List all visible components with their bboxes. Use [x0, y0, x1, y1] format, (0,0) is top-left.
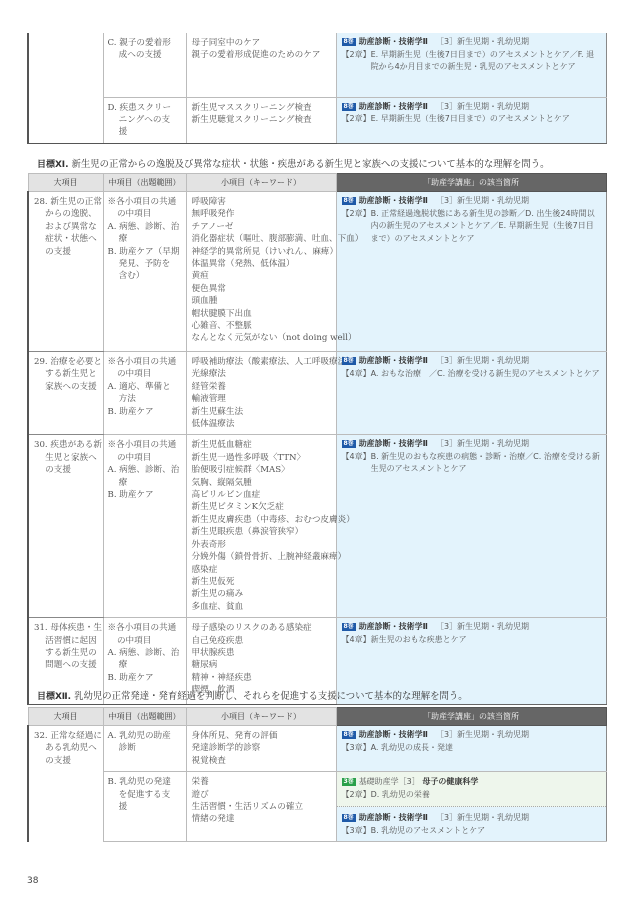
keyword: 糖尿病 [192, 659, 332, 671]
header-ref: 「助産学講座」の該当箇所 [336, 174, 606, 192]
reference-cell: 8巻助産診断・技術学Ⅱ［3］新生児期・乳幼児期 【2章】B. 正常経過逸脱状態に… [336, 192, 606, 352]
keyword: 輸液管理 [192, 393, 332, 405]
keyword: 遊び [192, 789, 332, 801]
keyword: 新生児ビタミンK欠乏症 [192, 501, 332, 513]
keyword: 身体所見、発育の評価 [192, 730, 332, 742]
mid-line: B. 乳幼児の発達 [108, 776, 182, 788]
header-ref: 「助産学講座」の該当箇所 [336, 708, 606, 726]
mid-item-cell: B. 乳幼児の発達 を促進する支 援 [103, 772, 186, 842]
volume-badge: 8巻 [342, 731, 356, 739]
book-title: 助産診断・技術学Ⅱ [359, 37, 428, 46]
chapter-sections: E. 早期新生児（生後7日目まで）のアセスメントとケア [371, 113, 601, 126]
mid-item-cell: C. 親子の愛着形 成への支援 [103, 33, 186, 97]
table-row: C. 親子の愛着形 成への支援 母子同室中のケア 親子の愛着形成促進のためのケア… [28, 33, 606, 97]
big-item-cell: 28. 新生児の正常 からの逸脱、 および異常な 症状・状態へ の支援 [28, 192, 103, 352]
reference: 8巻助産診断・技術学Ⅱ［3］新生児期・乳幼児期 【3章】A. 乳幼児の成長・発達 [342, 729, 601, 754]
chapter-sections: D. 乳幼児の栄養 [371, 789, 601, 802]
mid-line: の中項目 [108, 208, 182, 220]
header-mid: 中項目（出題範囲） [103, 708, 186, 726]
keyword: 光線療法 [192, 368, 332, 380]
mid-item-cell: D. 疾患スクリー ニングへの支 援 [103, 97, 186, 143]
keyword: 多血症、貧血 [192, 601, 332, 613]
book-part: ［3］新生児期・乳幼児期 [436, 439, 529, 448]
goal-heading: 目標Ⅺ. 新生児の正常からの逸脱及び異常な症状・状態・疾患がある新生児と家族への… [37, 156, 549, 170]
mid-line: の中項目 [108, 452, 182, 464]
goal-text: 新生児の正常からの逸脱及び異常な症状・状態・疾患がある新生児と家族への支援につい… [72, 159, 550, 170]
mid-line: 援 [108, 801, 182, 813]
keyword: 感染症 [192, 564, 332, 576]
chapter-sections: B. 新生児のおもな疾患の病態・診断・治療／C. 治療を受ける新生児のアセスメン… [371, 451, 601, 476]
keyword: 新生児皮膚疾患（中毒疹、おむつ皮膚炎） [192, 514, 332, 526]
small-item-cell: 新生児マススクリーニング検査 新生児聴覚スクリーニング検査 [186, 97, 336, 143]
page-number: 38 [27, 876, 38, 886]
mid-line: ※各小項目の共通 [108, 439, 182, 451]
keyword: 発達診断学的診察 [192, 742, 332, 754]
header-small: 小項目（キーワード） [186, 708, 336, 726]
big-line: の支援 [34, 246, 99, 258]
keyword: 高ビリルビン血症 [192, 489, 332, 501]
keyword: 新生児一過性多呼吸〈TTN〉 [192, 452, 332, 464]
mid-line: A. 病態、診断、治 [108, 647, 182, 659]
volume-badge: 3巻 [342, 778, 356, 786]
big-line: 29. 治療を必要と [34, 356, 99, 368]
small-item-cell: 栄養 遊び 生活習慣・生活リズムの確立 情緒の発達 [186, 772, 336, 842]
chapter-label: 【4章】 [342, 368, 371, 381]
volume-badge: 8巻 [342, 103, 356, 111]
reference-cell: 8巻助産診断・技術学Ⅱ［3］新生児期・乳幼児期 【4章】A. おもな治療 ／C.… [336, 352, 606, 435]
keyword: 情緒の発達 [192, 813, 332, 825]
keyword: 新生児聴覚スクリーニング検査 [192, 114, 332, 126]
table-row: D. 疾患スクリー ニングへの支 援 新生児マススクリーニング検査 新生児聴覚ス… [28, 97, 606, 143]
big-line: 家族への支援 [34, 381, 99, 393]
small-item-cell: 母子同室中のケア 親子の愛着形成促進のためのケア [186, 33, 336, 97]
mid-line: を促進する支 [108, 789, 182, 801]
keyword: 新生児の痛み [192, 588, 332, 600]
volume-badge: 8巻 [342, 38, 356, 46]
table-row: 32. 正常な経過に ある乳幼児へ の支援 A. 乳幼児の助産 診断 身体所見、… [28, 726, 606, 772]
big-item-cell: 30. 疾患がある新 生児と家族へ の支援 [28, 435, 103, 618]
reference-cell: 8巻助産診断・技術学Ⅱ［3］新生児期・乳幼児期 【4章】B. 新生児のおもな疾患… [336, 435, 606, 618]
keyword: 新生児低血糖症 [192, 439, 332, 451]
keyword: 胎便吸引症候群〈MAS〉 [192, 464, 332, 476]
keyword: チアノーゼ [192, 221, 332, 233]
big-line: 31. 母体疾患・生 [34, 622, 99, 634]
table-header: 大項目 中項目（出題範囲） 小項目（キーワード） 「助産学講座」の該当箇所 [28, 174, 606, 192]
reference-vol3: 3巻基礎助産学［3］ 母子の健康科学 【2章】D. 乳幼児の栄養 [337, 772, 606, 807]
keyword: 頭血腫 [192, 295, 332, 307]
keyword: 新生児仮死 [192, 576, 332, 588]
chapter-sections: A. 乳幼児の成長・発達 [371, 742, 601, 755]
book-title: 助産診断・技術学Ⅱ [359, 356, 428, 365]
chapter-label: 【2章】 [342, 208, 371, 246]
big-line: ある乳幼児へ [34, 742, 99, 754]
chapter-label: 【3章】 [342, 825, 371, 838]
table-header: 大項目 中項目（出題範囲） 小項目（キーワード） 「助産学講座」の該当箇所 [28, 708, 606, 726]
mid-line: 診断 [108, 742, 182, 754]
big-item-cell: 32. 正常な経過に ある乳幼児へ の支援 [28, 726, 103, 842]
keyword: 生活習慣・生活リズムの確立 [192, 801, 332, 813]
mid-line: D. 疾患スクリー [108, 102, 182, 114]
keyword: 体温異常（発熱、低体温） [192, 258, 332, 270]
chapter-label: 【4章】 [342, 451, 371, 476]
keyword: 気胸、縦隔気腫 [192, 477, 332, 489]
chapter-sections: B. 乳幼児のアセスメントとケア [371, 825, 601, 838]
book-title: 助産診断・技術学Ⅱ [359, 439, 428, 448]
chapter-sections: 新生児のおもな疾患とケア [371, 634, 601, 647]
keyword: 黄疸 [192, 270, 332, 282]
volume-badge: 8巻 [342, 197, 356, 205]
reference: 8巻助産診断・技術学Ⅱ［3］新生児期・乳幼児期 【4章】A. おもな治療 ／C.… [342, 355, 601, 380]
big-line: 生児と家族へ [34, 452, 99, 464]
goal-heading: 目標Ⅻ. 乳幼児の正常発達・発育経過を判断し、それらを促進する支援について基本的… [37, 688, 468, 702]
mid-line: ニングへの支 [108, 114, 182, 126]
mid-line: 療 [108, 477, 182, 489]
mid-line: 方法 [108, 393, 182, 405]
big-line: 症状・状態へ [34, 233, 99, 245]
keyword: 新生児マススクリーニング検査 [192, 102, 332, 114]
keyword: なんとなく元気がない（not doing well） [192, 332, 332, 344]
header-big: 大項目 [28, 174, 103, 192]
book-part: ［3］新生児期・乳幼児期 [436, 37, 529, 46]
reference-cell: 8巻助産診断・技術学Ⅱ［3］新生児期・乳幼児期 【3章】A. 乳幼児の成長・発達 [336, 726, 606, 772]
table-row: 28. 新生児の正常 からの逸脱、 および異常な 症状・状態へ の支援 ※各小項… [28, 192, 606, 352]
keyword: 新生児眼疾患（鼻涙管狭窄） [192, 526, 332, 538]
book-series: 基礎助産学［3］ [359, 777, 420, 786]
mid-item-cell: A. 乳幼児の助産 診断 [103, 726, 186, 772]
chapter-label: 【2章】 [342, 789, 371, 802]
keyword: 呼吸補助療法（酸素療法、人工呼吸療法） [192, 356, 332, 368]
big-line: 問題への支援 [34, 659, 99, 671]
reference-vol8: 8巻助産診断・技術学Ⅱ［3］新生児期・乳幼児期 【3章】B. 乳幼児のアセスメン… [337, 807, 606, 841]
reference-cell: 8巻助産診断・技術学Ⅱ［3］新生児期・乳幼児期 【2章】E. 早期新生児（生後7… [336, 33, 606, 97]
mid-line: 成への支援 [108, 49, 182, 61]
keyword: 経管栄養 [192, 381, 332, 393]
big-line: および異常な [34, 221, 99, 233]
table-row: B. 乳幼児の発達 を促進する支 援 栄養 遊び 生活習慣・生活リズムの確立 情… [28, 772, 606, 842]
mid-item-cell: ※各小項目の共通 の中項目 A. 病態、診断、治 療 B. 助産ケア（早期 発見… [103, 192, 186, 352]
reference: 8巻助産診断・技術学Ⅱ［3］新生児期・乳幼児期 【4章】B. 新生児のおもな疾患… [342, 438, 601, 476]
keyword: 母子感染のリスクのある感染症 [192, 622, 332, 634]
mid-line: 発見、予防を [108, 258, 182, 270]
volume-badge: 8巻 [342, 440, 356, 448]
volume-badge: 8巻 [342, 357, 356, 365]
keyword: 外表奇形 [192, 539, 332, 551]
chapter-sections: B. 正常経過逸脱状態にある新生児の診断／D. 出生後24時間以内の新生児のアセ… [371, 208, 601, 246]
keyword: 呼吸障害 [192, 196, 332, 208]
keyword: 便色異常 [192, 283, 332, 295]
book-title: 助産診断・技術学Ⅱ [359, 102, 428, 111]
mid-line: 療 [108, 659, 182, 671]
table-continued: C. 親子の愛着形 成への支援 母子同室中のケア 親子の愛着形成促進のためのケア… [27, 33, 607, 144]
reference-cell: 3巻基礎助産学［3］ 母子の健康科学 【2章】D. 乳幼児の栄養 8巻助産診断・… [336, 772, 606, 842]
header-big: 大項目 [28, 708, 103, 726]
big-line: 活習慣に起因 [34, 635, 99, 647]
table-goal-12: 大項目 中項目（出題範囲） 小項目（キーワード） 「助産学講座」の該当箇所 32… [27, 707, 607, 842]
mid-line: A. 病態、診断、治 [108, 221, 182, 233]
volume-badge: 8巻 [342, 814, 356, 822]
mid-line: A. 乳幼児の助産 [108, 730, 182, 742]
mid-line: C. 親子の愛着形 [108, 37, 182, 49]
book-title: 助産診断・技術学Ⅱ [359, 196, 428, 205]
mid-line: ※各小項目の共通 [108, 622, 182, 634]
mid-line: B. 助産ケア（早期 [108, 246, 182, 258]
keyword: 栄養 [192, 776, 332, 788]
mid-line: A. 病態、診断、治 [108, 464, 182, 476]
big-line: 30. 疾患がある新 [34, 439, 99, 451]
chapter-sections: E. 早期新生児（生後7日目まで）のアセスメントとケア／F. 退院から4か月目ま… [371, 49, 601, 74]
header-mid: 中項目（出題範囲） [103, 174, 186, 192]
book-part: ［3］新生児期・乳幼児期 [436, 102, 529, 111]
mid-line: B. 助産ケア [108, 489, 182, 501]
big-line: 32. 正常な経過に [34, 730, 99, 742]
keyword: 母子同室中のケア [192, 37, 332, 49]
book-title: 母子の健康科学 [422, 777, 478, 786]
keyword: 親子の愛着形成促進のためのケア [192, 49, 332, 61]
keyword: 自己免疫疾患 [192, 635, 332, 647]
reference: 8巻助産診断・技術学Ⅱ［3］新生児期・乳幼児期 【2章】B. 正常経過逸脱状態に… [342, 195, 601, 245]
goal-label: 目標Ⅺ. [37, 160, 69, 170]
keyword: 新生児蘇生法 [192, 406, 332, 418]
mid-line: の中項目 [108, 368, 182, 380]
reference: 8巻助産診断・技術学Ⅱ［3］新生児期・乳幼児期 【4章】新生児のおもな疾患とケア [342, 621, 601, 646]
book-title: 助産診断・技術学Ⅱ [359, 813, 428, 822]
chapter-label: 【4章】 [342, 634, 371, 647]
book-part: ［3］新生児期・乳幼児期 [436, 622, 529, 631]
volume-badge: 8巻 [342, 623, 356, 631]
chapter-label: 【3章】 [342, 742, 371, 755]
small-item-cell: 呼吸障害 無呼吸発作 チアノーゼ 消化器症状（嘔吐、腹部膨満、吐血、下血） 神経… [186, 192, 336, 352]
mid-line: 療 [108, 233, 182, 245]
chapter-label: 【2章】 [342, 49, 371, 74]
book-part: ［3］新生児期・乳幼児期 [436, 813, 529, 822]
chapter-sections: A. おもな治療 ／C. 治療を受ける新生児のアセスメントとケア [371, 368, 601, 381]
big-line: からの逸脱、 [34, 208, 99, 220]
mid-line: ※各小項目の共通 [108, 356, 182, 368]
book-part: ［3］新生児期・乳幼児期 [436, 196, 529, 205]
book-title: 助産診断・技術学Ⅱ [359, 730, 428, 739]
goal-label: 目標Ⅻ. [37, 692, 71, 702]
book-part: ［3］新生児期・乳幼児期 [436, 730, 529, 739]
chapter-label: 【2章】 [342, 113, 371, 126]
book-title: 助産診断・技術学Ⅱ [359, 622, 428, 631]
mid-line: ※各小項目の共通 [108, 196, 182, 208]
goal-text: 乳幼児の正常発達・発育経過を判断し、それらを促進する支援について基本的な理解を問… [74, 691, 468, 702]
mid-line: B. 助産ケア [108, 672, 182, 684]
mid-line: 含む） [108, 270, 182, 282]
keyword: 無呼吸発作 [192, 208, 332, 220]
keyword: 神経学的異常所見（けいれん、麻痺） [192, 246, 332, 258]
reference: 8巻助産診断・技術学Ⅱ［3］新生児期・乳幼児期 【2章】E. 早期新生児（生後7… [342, 101, 601, 126]
table-goal-11: 大項目 中項目（出題範囲） 小項目（キーワード） 「助産学講座」の該当箇所 28… [27, 173, 607, 705]
mid-item-cell: ※各小項目の共通 の中項目 A. 適応、準備と 方法 B. 助産ケア [103, 352, 186, 435]
reference: 8巻助産診断・技術学Ⅱ［3］新生児期・乳幼児期 【2章】E. 早期新生児（生後7… [342, 36, 601, 74]
small-item-cell: 身体所見、発育の評価 発達診断学的診察 視覚検査 [186, 726, 336, 772]
big-line: の支援 [34, 755, 99, 767]
table-row: 30. 疾患がある新 生児と家族へ の支援 ※各小項目の共通 の中項目 A. 病… [28, 435, 606, 618]
table-row: 29. 治療を必要と する新生児と 家族への支援 ※各小項目の共通 の中項目 A… [28, 352, 606, 435]
reference-cell: 8巻助産診断・技術学Ⅱ［3］新生児期・乳幼児期 【2章】E. 早期新生児（生後7… [336, 97, 606, 143]
big-item-cell-empty [28, 33, 103, 143]
big-line: の支援 [34, 464, 99, 476]
big-line: する新生児と [34, 368, 99, 380]
big-line: する新生児の [34, 647, 99, 659]
small-item-cell: 新生児低血糖症 新生児一過性多呼吸〈TTN〉 胎便吸引症候群〈MAS〉 気胸、縦… [186, 435, 336, 618]
mid-line: B. 助産ケア [108, 406, 182, 418]
mid-line: 援 [108, 126, 182, 138]
keyword: 心雑音、不整脈 [192, 320, 332, 332]
big-line: 28. 新生児の正常 [34, 196, 99, 208]
header-small: 小項目（キーワード） [186, 174, 336, 192]
keyword: 消化器症状（嘔吐、腹部膨満、吐血、下血） [192, 233, 332, 245]
keyword: 視覚検査 [192, 755, 332, 767]
mid-item-cell: ※各小項目の共通 の中項目 A. 病態、診断、治 療 B. 助産ケア [103, 435, 186, 618]
mid-line: A. 適応、準備と [108, 381, 182, 393]
small-item-cell: 呼吸補助療法（酸素療法、人工呼吸療法） 光線療法 経管栄養 輸液管理 新生児蘇生… [186, 352, 336, 435]
keyword: 甲状腺疾患 [192, 647, 332, 659]
keyword: 精神・神経疾患 [192, 672, 332, 684]
keyword: 帽状腱膜下出血 [192, 308, 332, 320]
keyword: 分娩外傷（鎖骨骨折、上腕神経叢麻痺） [192, 551, 332, 563]
big-item-cell: 29. 治療を必要と する新生児と 家族への支援 [28, 352, 103, 435]
book-part: ［3］新生児期・乳幼児期 [436, 356, 529, 365]
mid-line: の中項目 [108, 635, 182, 647]
keyword: 低体温療法 [192, 418, 332, 430]
